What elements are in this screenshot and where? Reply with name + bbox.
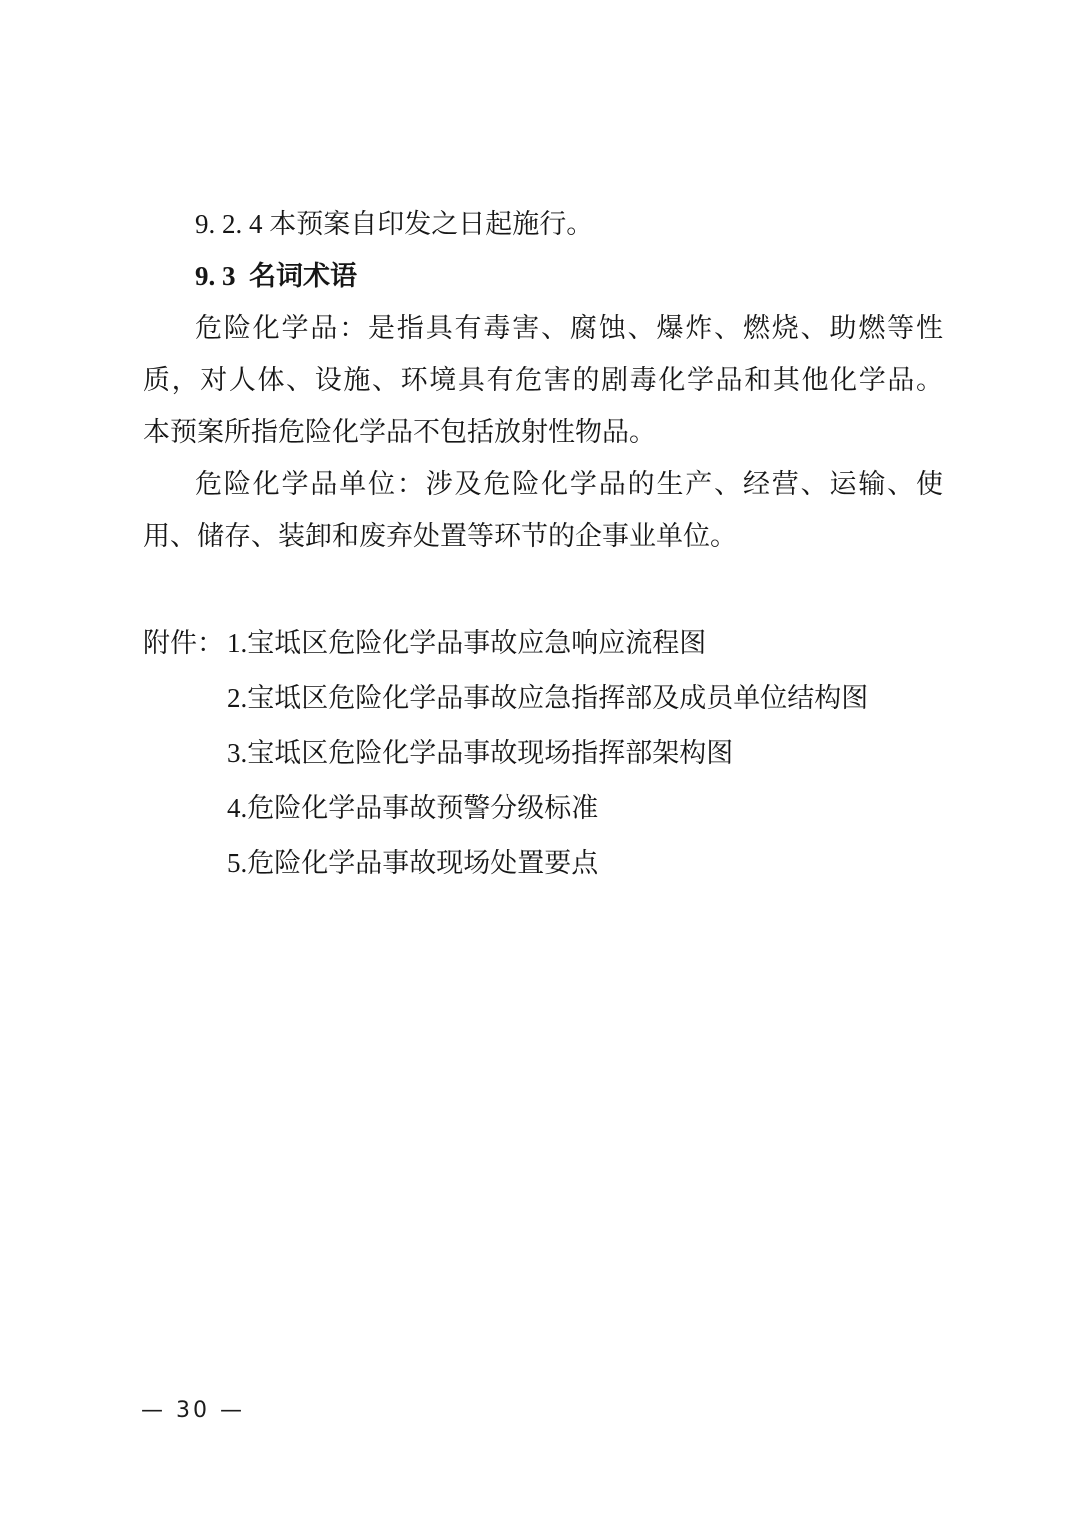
attachment-item-5: 5.危险化学品事故现场处置要点 [227,836,943,891]
text-line: 本预案所指危险化学品不包括放射性物品。 [143,406,943,458]
text-line: 用、储存、装卸和废弃处置等环节的企事业单位。 [143,510,943,562]
paragraph-hazchem-unit-definition: 危险化学品单位：涉及危险化学品的生产、经营、运输、使 用、储存、装卸和废弃处置等… [143,458,943,562]
text-line: 质，对人体、设施、环境具有危害的剧毒化学品和其他化学品。 [143,354,943,406]
document-page: 9. 2. 4 本预案自印发之日起施行。 9. 3 名词术语 危险化学品：是指具… [0,0,1074,1520]
clause-9-2-4: 9. 2. 4 本预案自印发之日起施行。 [143,198,943,250]
document-body: 9. 2. 4 本预案自印发之日起施行。 9. 3 名词术语 危险化学品：是指具… [143,198,943,891]
attachment-item-4: 4.危险化学品事故预警分级标准 [227,781,943,836]
attachment-item-2: 2.宝坻区危险化学品事故应急指挥部及成员单位结构图 [227,671,943,726]
text-line: 危险化学品：是指具有毒害、腐蚀、爆炸、燃烧、助燃等性 [143,302,943,354]
attachments-label: 附件： [143,616,224,671]
page-number: — 30 — [141,1398,245,1423]
heading-9-3: 9. 3 名词术语 [143,250,943,302]
attachments-block: 附件： 1.宝坻区危险化学品事故应急响应流程图 2.宝坻区危险化学品事故应急指挥… [143,616,943,891]
text-line: 危险化学品单位：涉及危险化学品的生产、经营、运输、使 [143,458,943,510]
attachment-item-1: 1.宝坻区危险化学品事故应急响应流程图 [227,616,943,671]
attachment-item-3: 3.宝坻区危险化学品事故现场指挥部架构图 [227,726,943,781]
paragraph-hazchem-definition: 危险化学品：是指具有毒害、腐蚀、爆炸、燃烧、助燃等性 质，对人体、设施、环境具有… [143,302,943,458]
